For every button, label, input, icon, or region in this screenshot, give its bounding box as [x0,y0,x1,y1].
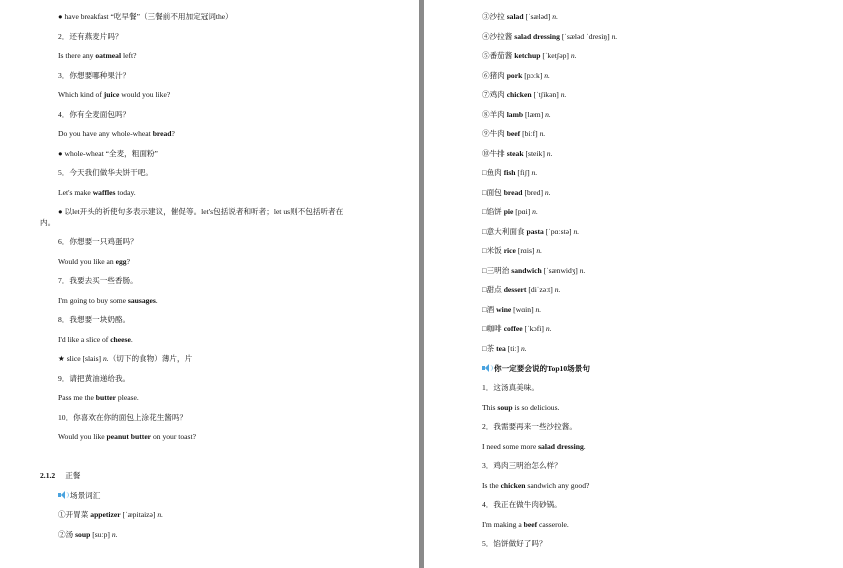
document-page-left: ● have breakfast “吃早餐”（三餐前不用加定冠词the） 2．还… [0,0,419,568]
text-line: 4．你有全麦面包吗？ [58,110,130,120]
vocab-item: ⑧羊肉 lamb [læm] n. [482,110,551,120]
text-line: 7．我要去买一些香肠。 [58,276,138,286]
vocab-item: □米饭 rice [rɑis] n. [482,246,542,256]
top10-heading: 你一定要会说的Top10场景句 [482,364,590,374]
vocab-item: □茶 tea [tiː] n. [482,344,527,354]
text-line: ● 以let开头的祈使句多表示建议，催促等。let's包括说者和听者；let u… [58,207,343,217]
text-line: 5．今天我们做华夫饼干吧。 [58,168,153,178]
vocab-item: ⑨牛肉 beef [biːf] n. [482,129,545,139]
text-line: ★ slice [slais] n.（切下的食物）薄片，片 [58,354,192,364]
vocab-item: □鱼肉 fish [fiʃ] n. [482,168,537,178]
vocab-item: ⑤番茄酱 ketchup [ˈketʃəp] n. [482,51,577,61]
text-line: 内。 [40,218,55,228]
text-line: 9．请把黄油递给我。 [58,374,130,384]
text-line: Pass me the butter please. [58,393,139,403]
text-line: This soup is so delicious. [482,403,559,413]
vocab-item: ①开胃菜 appetizer [ˈæpitaizə] n. [58,510,163,520]
text-line: Let's make waffles today. [58,188,136,198]
text-line: 2．还有燕麦片吗？ [58,32,123,42]
text-line: I need some more salad dressing. [482,442,586,452]
text-line: 8．我想要一块奶酪。 [58,315,130,325]
text-line: I'm making a beef casserole. [482,520,569,530]
text-line: ● have breakfast “吃早餐”（三餐前不用加定冠词the） [58,12,233,22]
vocab-item: □酒 wine [wɑin] n. [482,305,541,315]
text-line: Is there any oatmeal left? [58,51,136,61]
vocab-item: ⑩牛排 steak [steik] n. [482,149,552,159]
text-line: I'd like a slice of cheese. [58,335,133,345]
text-line: Which kind of juice would you like? [58,90,170,100]
text-line: 4．我正在做牛肉砂锅。 [482,500,562,510]
vocab-item: ⑦鸡肉 chicken [ˈtʃikən] n. [482,90,566,100]
document-page-right: ③沙拉 salad [ˈsæləd] n. ④沙拉酱 salad dressin… [424,0,843,568]
text-line: 2．我需要再来一些沙拉酱。 [482,422,577,432]
vocab-item: ③沙拉 salad [ˈsæləd] n. [482,12,558,22]
text-line: Would you like an egg? [58,257,130,267]
vocab-item: □咖啡 coffee [ˈkɔfi] n. [482,324,552,334]
text-line: 10．你喜欢在你的面包上涂花生酱吗？ [58,413,187,423]
text-line: 3．你想要哪种果汁？ [58,71,130,81]
text-line: 1．这汤真美味。 [482,383,539,393]
vocab-item: ④沙拉酱 salad dressing [ˈsæləd ˈdresiŋ] n. [482,32,617,42]
text-line: Would you like peanut butter on your toa… [58,432,196,442]
vocab-item: □馅饼 pie [pɑi] n. [482,207,538,217]
vocab-item: ⑥猪肉 pork [pɔːk] n. [482,71,550,81]
vocab-item: □三明治 sandwich [ˈsænwidʒ] n. [482,266,585,276]
text-line: 6．你想要一只鸡蛋吗？ [58,237,138,247]
speaker-icon [482,364,493,372]
text-line: Is the chicken sandwich any good? [482,481,589,491]
vocab-item: ②汤 soup [suːp] n. [58,530,118,540]
vocab-item: □意大利面食 pasta [ˈpɑːstə] n. [482,227,579,237]
text-line: Do you have any whole-wheat bread? [58,129,175,139]
text-line: I'm going to buy some sausages. [58,296,158,306]
text-line: 5．馅饼做好了吗？ [482,539,547,549]
section-heading: 2.1.2正餐 [40,471,80,481]
text-line: ● whole-wheat “全麦，粗面粉” [58,149,158,159]
vocab-heading: 场景词汇 [58,491,100,501]
vocab-item: □面包 bread [bred] n. [482,188,551,198]
text-line: 3．鸡肉三明治怎么样？ [482,461,562,471]
vocab-item: □甜点 dessert [diˈzəːt] n. [482,285,560,295]
speaker-icon [58,491,69,499]
